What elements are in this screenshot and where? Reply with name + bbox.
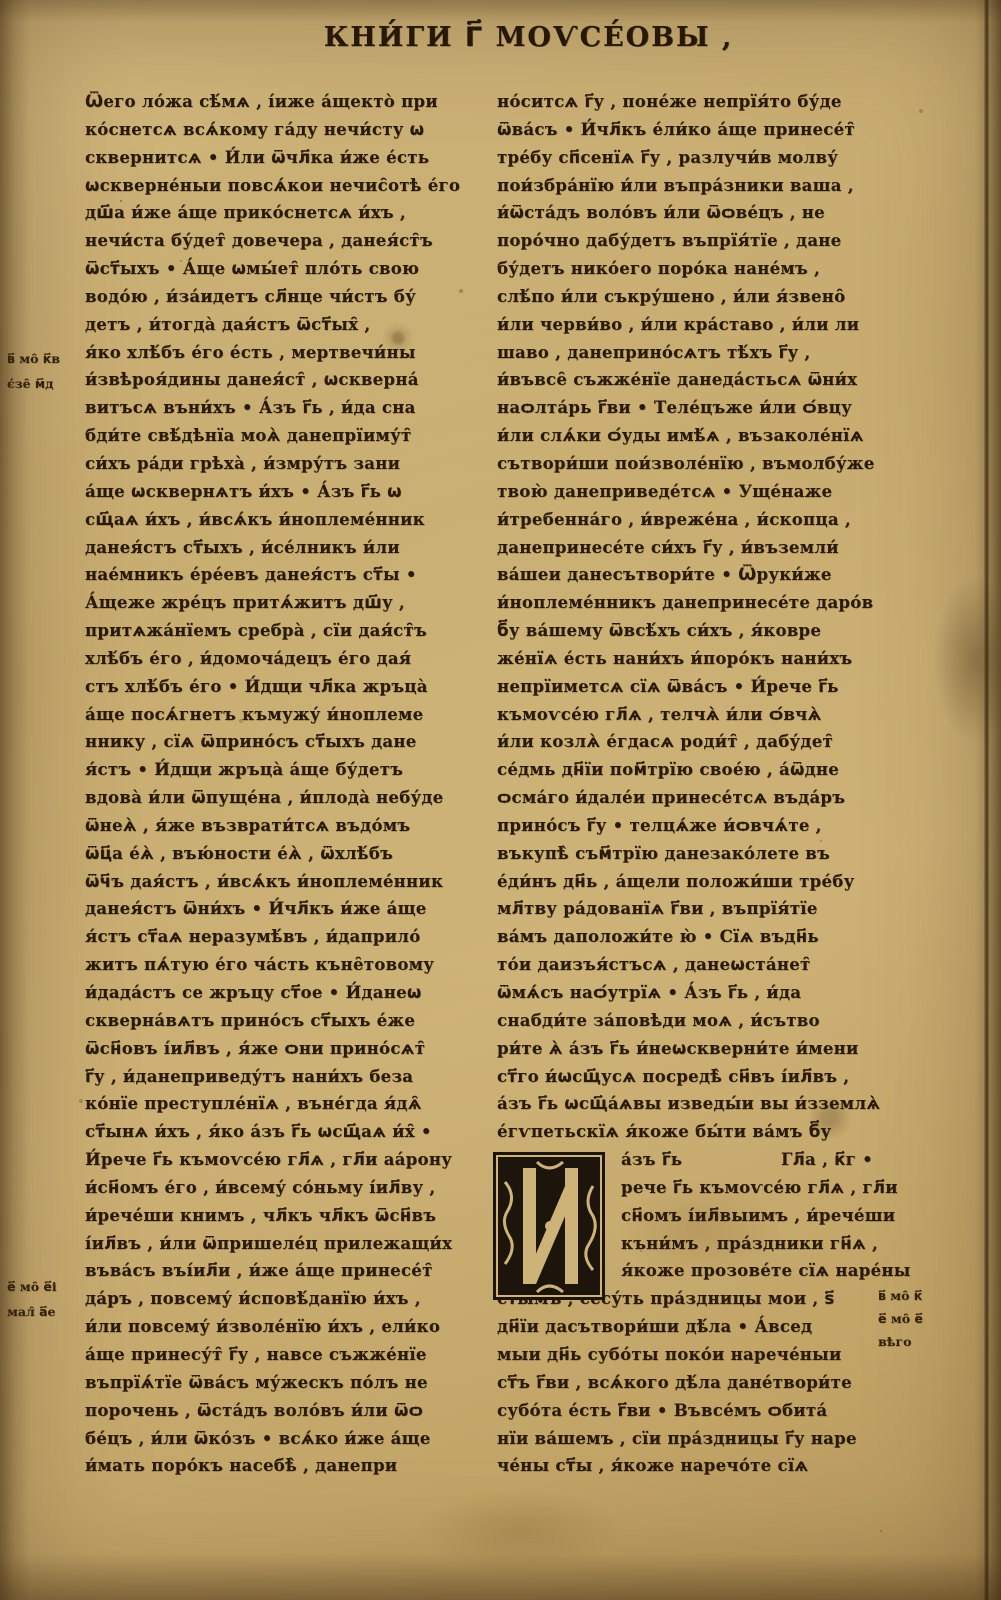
text-line: же́нїѧ е́сть нани́хъ и́поро́къ нани́хъ	[497, 645, 879, 673]
text-line: нае́мникъ е́ре́евъ данея́стъ ст҃ы •	[85, 561, 469, 589]
text-line: си́хъ ра́ди грѣха̀ , и́змру́тъ зани	[85, 450, 469, 478]
text-line: и́ли слѧ́ки ѻ́уды имѣ́ѧ , възаколе́нїѧ	[497, 422, 879, 450]
ornate-initial-icon	[493, 1152, 605, 1300]
text-line: я́стъ ст҃аѧ неразумѣ́въ , и́даприло́	[85, 923, 469, 951]
text-line: ѿнеѧ̀ , я́же възврати́тсѧ въдо́мъ	[85, 812, 469, 840]
text-line: ст҃ъ г҃ви , всѧ́кого дѣ́ла дане́твори́те	[497, 1369, 879, 1397]
text-line: я́ко хлѣ́бъ е́го е́сть , мертвечи́ны	[85, 339, 469, 367]
margin-note-line: в҃ мо̑ к҃	[878, 1284, 923, 1307]
text-line: и́рече́ши книмъ , чл҃къ чл҃къ ѿсн҃въ	[85, 1202, 469, 1230]
text-line: тре́бу сп҃сенїѧ г҃у , разлучи́в молву́	[497, 144, 879, 172]
paper-specks	[120, 200, 122, 202]
text-line: и́дада́стъ се жръцу ст҃ое • И́данеѡ	[85, 979, 469, 1007]
text-line: г҃у , и́данеприведу́тъ нани́хъ беза	[85, 1063, 469, 1091]
chapter-head-left: а́зъ г҃ь	[621, 1146, 682, 1174]
text-line: мыи дн҃ь субо́ты поко́и нарече́ныи	[497, 1341, 879, 1369]
text-line: наѻлта́рь г҃ви • Теле́цъже и́ли ѻ́вцу	[497, 394, 879, 422]
text-line: въкупѣ̀ съм҃трїю данезако́лете въ	[497, 840, 879, 868]
text-line: нїи ва́шемъ , сїи пра́здницы г҃у наре	[497, 1425, 879, 1453]
text-line: ст҃ынѧ и́хъ , я́ко а́зъ г҃ь ѡсщ҃аѧ и́х̑ …	[85, 1118, 469, 1146]
text-line: непрїиметсѧ сїѧ ѿва́съ • И́рече г҃ь	[497, 673, 879, 701]
text-line: и́ли повсему́ и́зволе́нїю и́хъ , ели́ко	[85, 1313, 469, 1341]
text-line: рече г҃ь къмоѵсе́ю гл҃ѧ , гл҃и	[621, 1174, 879, 1202]
text-line: се́дмь дн҃їи пом҃трїю свое́ю , а́ѿдне	[497, 756, 879, 784]
text-line: субо́та е́сть г҃ви • Въвсе́мъ ѻбита́	[497, 1397, 879, 1425]
text-line: данея́стъ ѿни́хъ • И́чл҃къ и́же а́ще	[85, 895, 469, 923]
text-line: данепринесе́те си́хъ г҃у , и́въземли́	[497, 534, 879, 562]
text-block-before-chapter: но́ситсѧ г҃у , поне́же непрїя́то бу́деѿв…	[497, 88, 879, 1146]
text-line: витъсѧ въни́хъ • А́зъ г҃ь , и́да сна	[85, 394, 469, 422]
text-line: сн҃омъ і́ил҃выимъ , и́рече́ши	[621, 1202, 879, 1230]
text-line: я́коже прозове́те сїѧ наре́ны	[621, 1257, 879, 1285]
text-line: и́звѣроя́дины данея́ст̑ , ѡскверна́	[85, 366, 469, 394]
text-line: шаво , данеприно́сѧтъ тѣ́хъ г҃у ,	[497, 339, 879, 367]
text-line: бе́цъ , и́ли ѿко́зъ • всѧ́ко и́же а́ще	[85, 1425, 469, 1453]
page-title: КНИ́ГИ Г҃ МОѴСЕ́ОВЫ ,	[28, 22, 1001, 53]
text-line: но́ситсѧ г҃у , поне́же непрїя́то бу́де	[497, 88, 879, 116]
text-line: къни́мъ , пра́здники гн҃ѧ ,	[621, 1230, 879, 1258]
text-line: стъ хлѣ́бъ е́го • И́дщи чл҃ка жръца̀	[85, 673, 469, 701]
text-line: и́требенна́го , и́вреже́на , и́скопца ,	[497, 506, 879, 534]
text-line: Ѿего ло́жа сѣ́мѧ , і́иже а́щекто̀ при	[85, 88, 469, 116]
margin-note-line: е҃ мо̑ е҃і	[7, 1274, 57, 1299]
chapter-number: Гл҃а , к҃г •	[781, 1146, 873, 1174]
text-line: и́ноплеме́нникъ данепринесе́те даро́в	[497, 589, 879, 617]
chapter-indent-lines: рече г҃ь къмоѵсе́ю гл҃ѧ , гл҃исн҃омъ і́и…	[621, 1174, 879, 1285]
text-line: и́въвсе̑ съжже́нїе данеда́стьсѧ ѿни́х	[497, 366, 879, 394]
text-line: дн҃їи дасътвори́ши дѣ́ла • А́всед	[497, 1313, 879, 1341]
text-line: я́стъ • И́дщи жръца̀ а́ще бу́детъ	[85, 756, 469, 784]
text-line: ѿмѧ́съ наѻ́утрїѧ • А́зъ г҃ь , и́да	[497, 979, 879, 1007]
text-line: ѿсн҃овъ і́ил҃въ , я́же ѻни прино́сѧт̑	[85, 1035, 469, 1063]
text-line: притѧжа́нїемъ сребра̀ , сїи дая́ст̑ъ	[85, 617, 469, 645]
text-line: е́гѵпетьскїѧ я́коже бы́ти ва́мъ б҃у	[497, 1118, 879, 1146]
text-line: бу́детъ нико́его поро́ка нане́мъ ,	[497, 255, 879, 283]
margin-note-line: є́зе̑ м҃д	[7, 371, 60, 396]
text-line: прино́съ г҃у • телцѧ́же и́ѻвчѧ́те ,	[497, 812, 879, 840]
margin-note-line: мал̑ а҃е	[7, 1299, 57, 1324]
text-line: ри́те ѧ̀ а́зъ г҃ь и́неѡскверни́те и́мени	[497, 1035, 879, 1063]
margin-note-right: в҃ мо̑ к҃е҃ мо̑ е҃вѣго	[878, 1284, 923, 1353]
text-line: сщ҃аѧ и́хъ , и́всѧ́къ и́ноплеме́нник	[85, 506, 469, 534]
text-line: порочень , ѿста́дъ воло́въ и́ли ѿѻ	[85, 1397, 469, 1425]
text-line: твою̀ данеприведе́тсѧ • Уще́наже	[497, 478, 879, 506]
text-line: ва́шеи данесътвори́те • Ѿруки́же	[497, 561, 879, 589]
text-line: то́и даизъя́стъсѧ , данеѡста́нет̑	[497, 951, 879, 979]
text-line: а́ще посѧ́гнетъ къмужу́ и́ноплеме	[85, 701, 469, 729]
book-page: КНИ́ГИ Г҃ МОѴСЕ́ОВЫ , Ѿего ло́жа сѣ́мѧ ,…	[0, 0, 1001, 1600]
text-line: снабди́те за́повѣди моѧ , и́сътво	[497, 1007, 879, 1035]
margin-note-line: е҃ мо̑ е҃	[878, 1307, 923, 1330]
text-line: ѿст҃ыхъ • А́ще ѡмы́ет̑ пло́ть свою	[85, 255, 469, 283]
text-line: і́ил҃въ , и́ли ѿпришеле́ц прилежащи́х	[85, 1230, 469, 1258]
text-line: слѣ́по и́ли съкру́шено , и́ли я́звено̑	[497, 283, 879, 311]
text-line: А́щеже жре́цъ притѧ́житъ дш҃у ,	[85, 589, 469, 617]
text-line: ко́нїе преступле́нїѧ , въне́гда я́дѧ̑	[85, 1090, 469, 1118]
margin-note-line: вѣго	[878, 1330, 923, 1353]
text-line: и́ли черви́во , и́ли кра́ставо , и́ли ли	[497, 311, 879, 339]
text-column-right: но́ситсѧ г҃у , поне́же непрїя́то бу́деѿв…	[497, 88, 879, 1480]
text-line: къмоѵсе́ю гл҃ѧ , телчѧ̀ и́ли ѻ́вчѧ̀	[497, 701, 879, 729]
text-line: дш҃а и́же а́ще прико́снетсѧ и́хъ ,	[85, 199, 469, 227]
text-line: И́рече г҃ь къмоѵсе́ю гл҃ѧ , гл҃и аа́рону	[85, 1146, 469, 1174]
text-line: водо́ю , и́за́идетъ сл҃нце чи́стъ бу́	[85, 283, 469, 311]
text-line: а́зъ г҃ь ѡсщ҃а́ѧвы изведы́и вы и́зземлѧ̀	[497, 1090, 879, 1118]
text-line: ко́снетсѧ всѧ́кому га́ду нечи́сту ѡ	[85, 116, 469, 144]
text-line: ннику , сїѧ ѿприно́съ ст҃ыхъ дане	[85, 728, 469, 756]
text-line: ѻсма́го и́дале́и принесе́тсѧ въда́ръ	[497, 784, 879, 812]
text-line: а́ще ѡсквернѧтъ и́хъ • А́зъ г҃ь ѡ	[85, 478, 469, 506]
text-column-left: Ѿего ло́жа сѣ́мѧ , і́иже а́щекто̀ прико́…	[85, 88, 469, 1480]
text-line: и́сн҃омъ е́го , и́всему́ со́ньму і́ил҃ву…	[85, 1174, 469, 1202]
text-block-after-chapter: ст҃ымъ , сесу́ть пра́здницы мои , ѕ҃дн҃ї…	[497, 1285, 879, 1480]
text-line: че́ны ст҃ы , я́коже наречо́те сїѧ	[497, 1452, 879, 1480]
text-line: пои́збра́нїю и́ли въпра́зники ваша ,	[497, 172, 879, 200]
text-line: скверна́вѧтъ прино́съ ст҃ыхъ е́же	[85, 1007, 469, 1035]
text-line: сквернитсѧ • И́ли ѿчл҃ка и́же е́сть	[85, 144, 469, 172]
text-line: и́ѿста́дъ воло́въ и́ли ѿѻве́цъ , не	[497, 199, 879, 227]
margin-note-left-top: в҃ мо̑ к҃вє́зе̑ м҃д	[7, 346, 60, 396]
text-line: ѿч҃ъ дая́стъ , и́всѧ́къ и́ноплеме́нник	[85, 868, 469, 896]
text-line: поро́чно дабу́детъ въпрїя́тїе , дане	[497, 227, 879, 255]
text-line: хлѣ́бъ е́го , и́домоча́децъ е́го дая́	[85, 645, 469, 673]
margin-note-left-bottom: е҃ мо̑ е҃імал̑ а҃е	[7, 1274, 57, 1324]
margin-note-line: в҃ мо̑ к҃в	[7, 346, 60, 371]
text-line: и́ли козлѧ̀ е́гдасѧ роди́т̑ , дабу́дет̑	[497, 728, 879, 756]
text-line: сътвори́ши пои́зволе́нїю , въмолбу́же	[497, 450, 879, 478]
chapter-heading: а́зъ г҃ь Гл҃а , к҃г •	[621, 1146, 879, 1174]
text-line: е́ди́нъ дн҃ь , а́щели положи́ши тре́бу	[497, 868, 879, 896]
text-line: ѿц҃а е́ѧ̀ , въю́ности е́ѧ̀ , ѿхлѣ́бъ	[85, 840, 469, 868]
text-line: а́ще принесу́т̑ г҃у , навсе съжже́нїе	[85, 1341, 469, 1369]
text-line: въпрїѧ́тїе ѿва́съ му́жескъ по́лъ не	[85, 1369, 469, 1397]
text-line: ѡскверне́ныи повсѧ́кои нечис̑отѣ е́го	[85, 172, 469, 200]
text-line: вдова̀ и́ли ѿпуще́на , и́плода̀ небу́де	[85, 784, 469, 812]
text-line: и́мать поро́къ насебѣ̀ , данепри	[85, 1452, 469, 1480]
text-line: данея́стъ ст҃ыхъ , и́се́лникъ и́ли	[85, 534, 469, 562]
text-line: детъ , и́тогда̀ дая́стъ ѿст҃ых̑ ,	[85, 311, 469, 339]
text-line: ва́мъ даположи́те ю̀ • Сїѧ въдн҃ь	[497, 923, 879, 951]
text-line: житъ пѧ́тую е́го ча́сть къне̑товому	[85, 951, 469, 979]
chapter-23-block: а́зъ г҃ь Гл҃а , к҃г • рече г҃ь къмоѵсе́ю…	[497, 1146, 879, 1285]
text-line: ст҃го и́ѡсщ҃усѧ посредѣ̀ сн҃въ і́ил҃въ ,	[497, 1063, 879, 1091]
page-edge-line	[984, 0, 989, 1600]
text-line: бди́те свѣ́дѣнїа моѧ̀ данепрїиму́т̑	[85, 422, 469, 450]
text-line: ѿва́съ • И́чл҃къ е́ли́ко а́ще принесе́т̑	[497, 116, 879, 144]
text-line: да́ръ , повсему́ и́сповѣ́данїю и́хъ ,	[85, 1285, 469, 1313]
text-line: б҃у ва́шему ѿвсѣ́хъ си́хъ , я́ковре	[497, 617, 879, 645]
text-line: нечи́ста бу́дет̑ довечера , данея́ст̑ъ	[85, 227, 469, 255]
text-line: въва́съ въі́ил҃и , и́же а́ще принесе́т̑	[85, 1257, 469, 1285]
text-line: мл҃тву ра́дованїѧ г҃ви , въпрїя́тїе	[497, 895, 879, 923]
chapter-lines: а́зъ г҃ь Гл҃а , к҃г • рече г҃ь къмоѵсе́ю…	[621, 1146, 879, 1285]
